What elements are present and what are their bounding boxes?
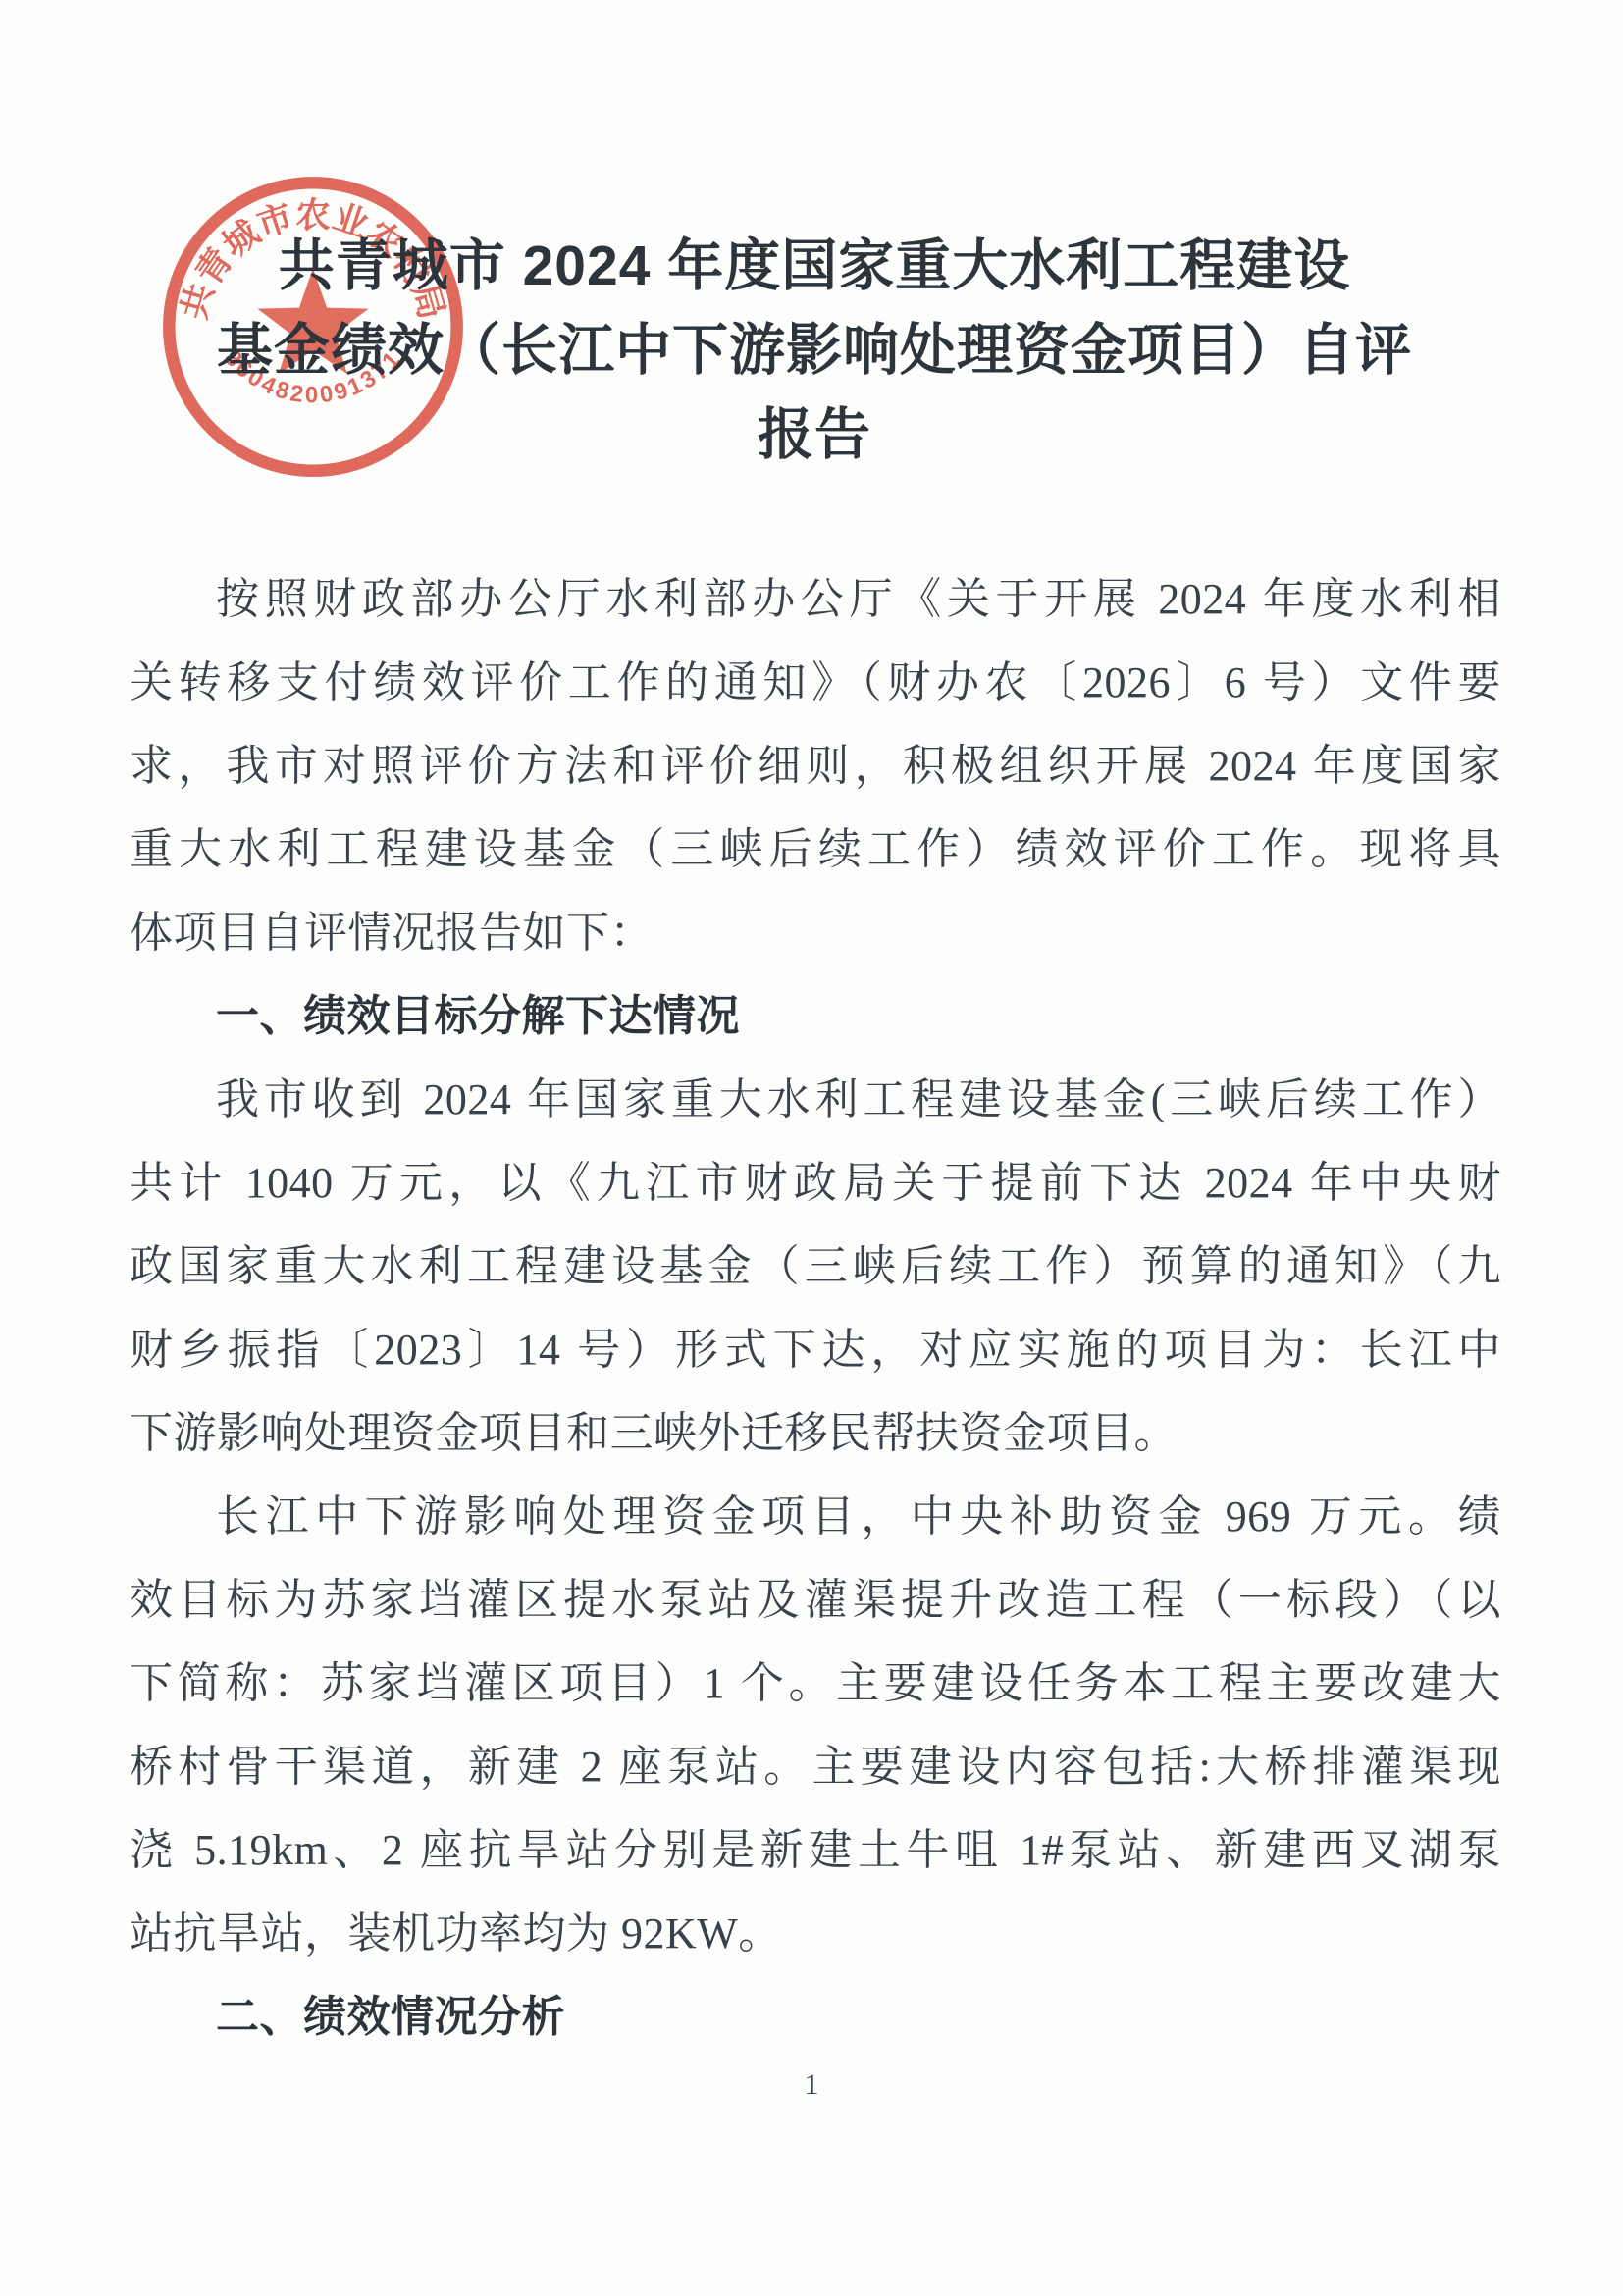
body-line: 按照财政部办公厅水利部办公厅《关于开展 2024 年度水利相	[130, 557, 1501, 641]
body-line: 关转移支付绩效评价工作的通知》（财办农〔2026〕6 号）文件要	[130, 641, 1501, 724]
body-line: 桥村骨干渠道，新建 2 座泵站。主要建设内容包括:大桥排灌渠现	[130, 1725, 1501, 1808]
body-line: 浇 5.19km、2 座抗旱站分别是新建土牛咀 1#泵站、新建西叉湖泵	[130, 1808, 1501, 1892]
section-heading-2: 二、绩效情况分析	[130, 1975, 1501, 2059]
title-line-1: 共青城市 2024 年度国家重大水利工程建设	[128, 224, 1501, 308]
body-line: 求，我市对照评价方法和评价细则，积极组织开展 2024 年度国家	[130, 724, 1501, 808]
document-title: 共青城市 2024 年度国家重大水利工程建设 基金绩效（长江中下游影响处理资金项…	[128, 224, 1501, 477]
body-line: 财乡振指〔2023〕14 号）形式下达，对应实施的项目为：长江中	[130, 1308, 1501, 1391]
body-line: 重大水利工程建设基金（三峡后续工作）绩效评价工作。现将具	[130, 808, 1501, 891]
title-line-3: 报告	[128, 392, 1501, 477]
body-line: 站抗旱站，装机功率均为 92KW。	[130, 1892, 1501, 1975]
body-line: 下简称：苏家垱灌区项目）1 个。主要建设任务本工程主要改建大	[130, 1642, 1501, 1725]
body-line: 长江中下游影响处理资金项目，中央补助资金 969 万元。绩	[130, 1475, 1501, 1558]
body-line: 政国家重大水利工程建设基金（三峡后续工作）预算的通知》（九	[130, 1225, 1501, 1308]
document-body: 按照财政部办公厅水利部办公厅《关于开展 2024 年度水利相 关转移支付绩效评价…	[130, 557, 1501, 2059]
title-line-2: 基金绩效（长江中下游影响处理资金项目）自评	[128, 308, 1501, 392]
body-line: 共计 1040 万元，以《九江市财政局关于提前下达 2024 年中央财	[130, 1141, 1501, 1225]
body-line: 体项目自评情况报告如下：	[130, 891, 1501, 974]
section-heading-1: 一、绩效目标分解下达情况	[130, 974, 1501, 1058]
body-line: 效目标为苏家垱灌区提水泵站及灌渠提升改造工程（一标段）（以	[130, 1558, 1501, 1642]
body-line: 我市收到 2024 年国家重大水利工程建设基金(三峡后续工作）	[130, 1058, 1501, 1141]
page-number: 1	[0, 2068, 1623, 2102]
body-line: 下游影响处理资金项目和三峡外迁移民帮扶资金项目。	[130, 1391, 1501, 1475]
document-page: 共青城市农业农村局 3604820091371 共青城市 2024 年度国家重大…	[0, 0, 1623, 2296]
